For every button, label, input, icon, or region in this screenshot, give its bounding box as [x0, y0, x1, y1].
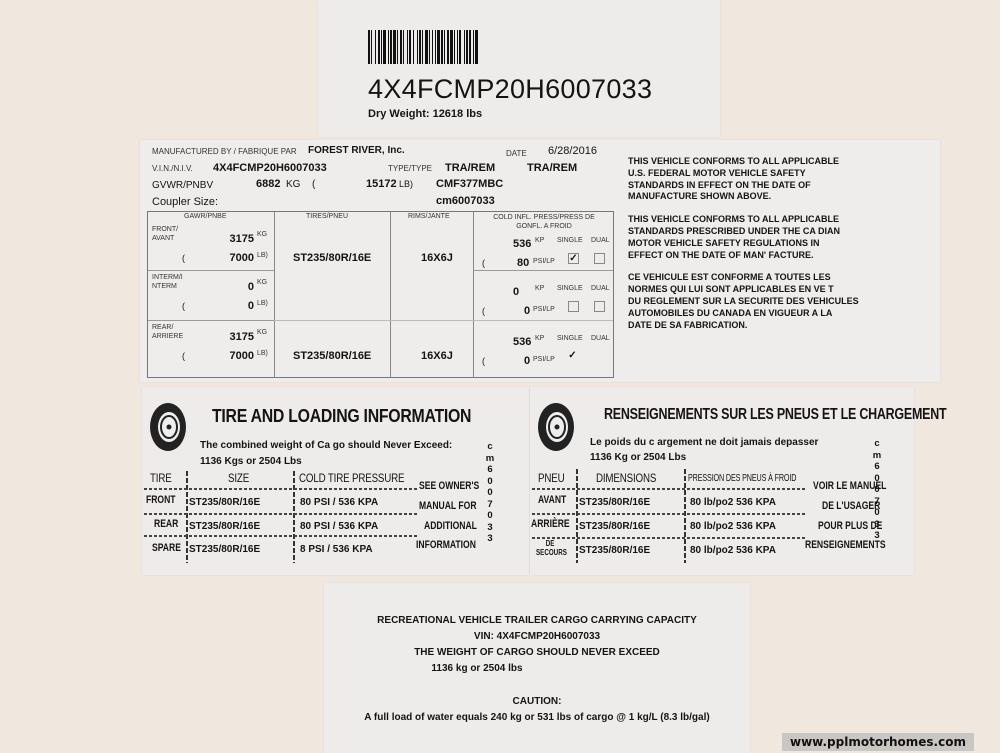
header-cold-pressure: COLD INFL. PRESS/PRESS DE GONFL. A FROID — [485, 213, 603, 231]
single-checkbox — [568, 301, 579, 312]
header-rims: RIMS/JANTE — [408, 213, 450, 220]
us-compliance-statement: THIS VEHICLE CONFORMS TO ALL APPLICABLE … — [628, 156, 928, 203]
cargo-capacity-label: RECREATIONAL VEHICLE TRAILER CARGO CARRY… — [324, 583, 750, 753]
certification-label: MANUFACTURED BY / FABRIQUE PAR FOREST RI… — [140, 140, 940, 382]
header-tire: TIRE — [150, 473, 172, 485]
paren: ( — [182, 253, 185, 263]
single-checkbox: ✓ — [568, 253, 579, 264]
axle-lb: 0 — [218, 300, 254, 312]
psi-unit: PSI/LP — [533, 356, 555, 363]
axle-ratings-table: GAWR/PNBE TIRES/PNEU RIMS/JANTE COLD INF… — [147, 211, 614, 378]
cargo-limit: 1136 Kg or 2504 Lbs — [590, 452, 686, 463]
tire-loading-info-label: TIRE AND LOADING INFORMATION The combine… — [142, 387, 529, 575]
row-tire: FRONT — [146, 494, 176, 506]
dual-checkbox — [594, 301, 605, 312]
row-tire: AVANT — [538, 494, 566, 506]
caution-label: CAUTION: — [324, 696, 750, 707]
axle-kg: 3175 — [218, 233, 254, 245]
gvwr-kg-unit: KG — [286, 179, 300, 190]
header-dimensions: DIMENSIONS — [596, 473, 656, 485]
kg-unit: KG — [257, 329, 267, 336]
row-tire: DE SECOURS — [536, 539, 564, 557]
axle-kg: 3175 — [218, 331, 254, 343]
row-size: ST235/80R/16E — [189, 521, 260, 532]
row-pressure: 80 lb/po2 536 KPA — [690, 521, 776, 532]
combined-weight-text: The combined weight of Ca go should Neve… — [200, 440, 452, 451]
tire-pressure-table: PNEU DIMENSIONS PRESSION DES PNEUS À FRO… — [530, 469, 914, 561]
cargo-limit: 1136 kg or 2504 lbs — [264, 663, 690, 674]
manufacture-date: 6/28/2016 — [548, 145, 597, 157]
gvwr-lb: 15172 — [366, 178, 397, 190]
paren: ( — [182, 351, 185, 361]
kpa-unit: KP — [535, 237, 544, 244]
dual-label: DUAL — [591, 237, 610, 244]
header-size: SIZE — [228, 473, 249, 485]
coupler-size-label: Coupler Size: — [152, 196, 218, 208]
lb-unit: LB) — [257, 350, 268, 357]
side-note: DE L'USAGER — [822, 500, 880, 512]
paren: ( — [482, 356, 485, 366]
caution-text: A full load of water equals 240 kg or 53… — [324, 712, 750, 723]
pressure-psi: 80 — [517, 257, 529, 269]
row-size: ST235/80R/16E — [579, 521, 650, 532]
row-tire: REAR — [154, 518, 178, 530]
dual-checkbox — [594, 253, 605, 264]
row-size: ST235/80R/16E — [579, 497, 650, 508]
psi-unit: PSI/LP — [533, 258, 555, 265]
barcode — [368, 30, 578, 64]
header-gawr: GAWR/PNBE — [184, 213, 227, 220]
axle-label: REAR/ ARRIERE — [152, 323, 192, 341]
tire-loading-info-label-fr: RENSEIGNEMENTS SUR LES PNEUS ET LE CHARG… — [530, 387, 914, 575]
date-label: DATE — [506, 149, 527, 158]
tire-pressure-table: TIRE SIZE COLD TIRE PRESSURE FRONT ST235… — [142, 469, 529, 561]
row-pressure: 80 PSI / 536 KPA — [300, 497, 378, 508]
single-label: SINGLE — [557, 285, 583, 292]
axle-kg: 0 — [218, 281, 254, 293]
gvwr-label: GVWR/PNBV — [152, 180, 213, 191]
kpa-unit: KP — [535, 285, 544, 292]
lb-unit: LB) — [257, 252, 268, 259]
cargo-limit: 1136 Kgs or 2504 Lbs — [200, 456, 302, 467]
rim-size: 16X6J — [421, 252, 453, 264]
tire-icon — [148, 401, 188, 453]
tire-size: ST235/80R/16E — [293, 350, 371, 362]
side-note: ADDITIONAL — [424, 520, 477, 532]
side-note: RENSEIGNEMENTS — [805, 539, 886, 551]
row-pressure: 80 lb/po2 536 KPA — [690, 545, 776, 556]
axle-label: FRONT/ AVANT — [152, 225, 192, 243]
serial-number: cm6007033 — [436, 195, 495, 207]
dry-weight: Dry Weight: 12618 lbs — [368, 108, 482, 120]
row-size: ST235/80R/16E — [189, 544, 260, 555]
cert-vin: 4X4FCMP20H6007033 — [213, 162, 327, 174]
axle-lb: 7000 — [218, 252, 254, 264]
row-pressure: 80 PSI / 536 KPA — [300, 521, 378, 532]
header-tires: TIRES/PNEU — [306, 213, 348, 220]
tire-info-title: TIRE AND LOADING INFORMATION — [212, 406, 471, 427]
manufacturer-name: FOREST RIVER, Inc. — [308, 145, 405, 156]
tire-icon — [536, 401, 576, 453]
axle-label: INTERM/I NTERM — [152, 273, 192, 291]
pressure-kpa: 536 — [513, 238, 531, 250]
paren: ( — [482, 306, 485, 316]
kg-unit: KG — [257, 279, 267, 286]
row-pressure: 80 lb/po2 536 KPA — [690, 497, 776, 508]
dual-label: DUAL — [591, 285, 610, 292]
french-compliance-statement: CE VEHICULE EST CONFORME A TOUTES LES NO… — [628, 272, 928, 331]
single-checkbox: ✓ — [568, 351, 577, 360]
row-tire: SPARE — [152, 542, 181, 554]
gvwr-kg: 6882 — [256, 178, 280, 190]
side-note: MANUAL FOR — [419, 500, 477, 512]
vin-number: 4X4FCMP20H6007033 — [368, 74, 652, 105]
paren: ( — [182, 301, 185, 311]
pressure-kpa: 0 — [513, 286, 519, 298]
lb-unit: LB) — [257, 300, 268, 307]
gvwr-lb-unit: LB) — [399, 179, 413, 189]
single-label: SINGLE — [557, 335, 583, 342]
barcode-label: 4X4FCMP20H6007033 Dry Weight: 12618 lbs — [318, 0, 720, 137]
dual-label: DUAL — [591, 335, 610, 342]
type-label: TYPE/TYPE — [388, 164, 432, 173]
side-note: VOIR LE MANUEL — [813, 480, 886, 492]
type-fr: TRA/REM — [527, 162, 577, 174]
row-tire: ARRIÈRE — [531, 518, 570, 530]
gvwr-paren: ( — [312, 179, 315, 190]
tire-size: ST235/80R/16E — [293, 252, 371, 264]
manufacturer-label: MANUFACTURED BY / FABRIQUE PAR — [152, 147, 297, 156]
psi-unit: PSI/LP — [533, 306, 555, 313]
row-pressure: 8 PSI / 536 KPA — [300, 544, 373, 555]
row-size: ST235/80R/16E — [579, 545, 650, 556]
header-cold-pressure: COLD TIRE PRESSURE — [299, 473, 404, 485]
paren: ( — [482, 258, 485, 268]
pressure-kpa: 536 — [513, 336, 531, 348]
compliance-statements: THIS VEHICLE CONFORMS TO ALL APPLICABLE … — [628, 156, 928, 342]
header-pression: PRESSION DES PNEUS À FROID — [688, 473, 796, 484]
row-size: ST235/80R/16E — [189, 497, 260, 508]
canada-compliance-statement: THIS VEHICLE CONFORMS TO ALL APPLICABLE … — [628, 214, 928, 261]
pressure-psi: 0 — [524, 305, 530, 317]
rim-size: 16X6J — [421, 350, 453, 362]
combined-weight-text: Le poids du c argement ne doit jamais de… — [590, 437, 818, 448]
side-note: INFORMATION — [416, 539, 476, 551]
tire-info-title: RENSEIGNEMENTS SUR LES PNEUS ET LE CHARG… — [604, 406, 946, 424]
axle-lb: 7000 — [218, 350, 254, 362]
kpa-unit: KP — [535, 335, 544, 342]
single-label: SINGLE — [557, 237, 583, 244]
cargo-never-exceed: THE WEIGHT OF CARGO SHOULD NEVER EXCEED — [324, 647, 750, 658]
website-watermark: www.pplmotorhomes.com — [782, 733, 974, 751]
vin-label: V.I.N./N.I.V. — [152, 164, 193, 173]
kg-unit: KG — [257, 231, 267, 238]
side-note: SEE OWNER'S — [419, 480, 479, 492]
side-note: POUR PLUS DE — [818, 520, 882, 532]
header-pneu: PNEU — [538, 473, 564, 485]
type-en: TRA/REM — [445, 162, 495, 174]
cargo-title: RECREATIONAL VEHICLE TRAILER CARGO CARRY… — [324, 615, 750, 626]
model-number: CMF377MBC — [436, 178, 503, 190]
cargo-vin: VIN: 4X4FCMP20H6007033 — [324, 631, 750, 642]
pressure-psi: 0 — [524, 355, 530, 367]
